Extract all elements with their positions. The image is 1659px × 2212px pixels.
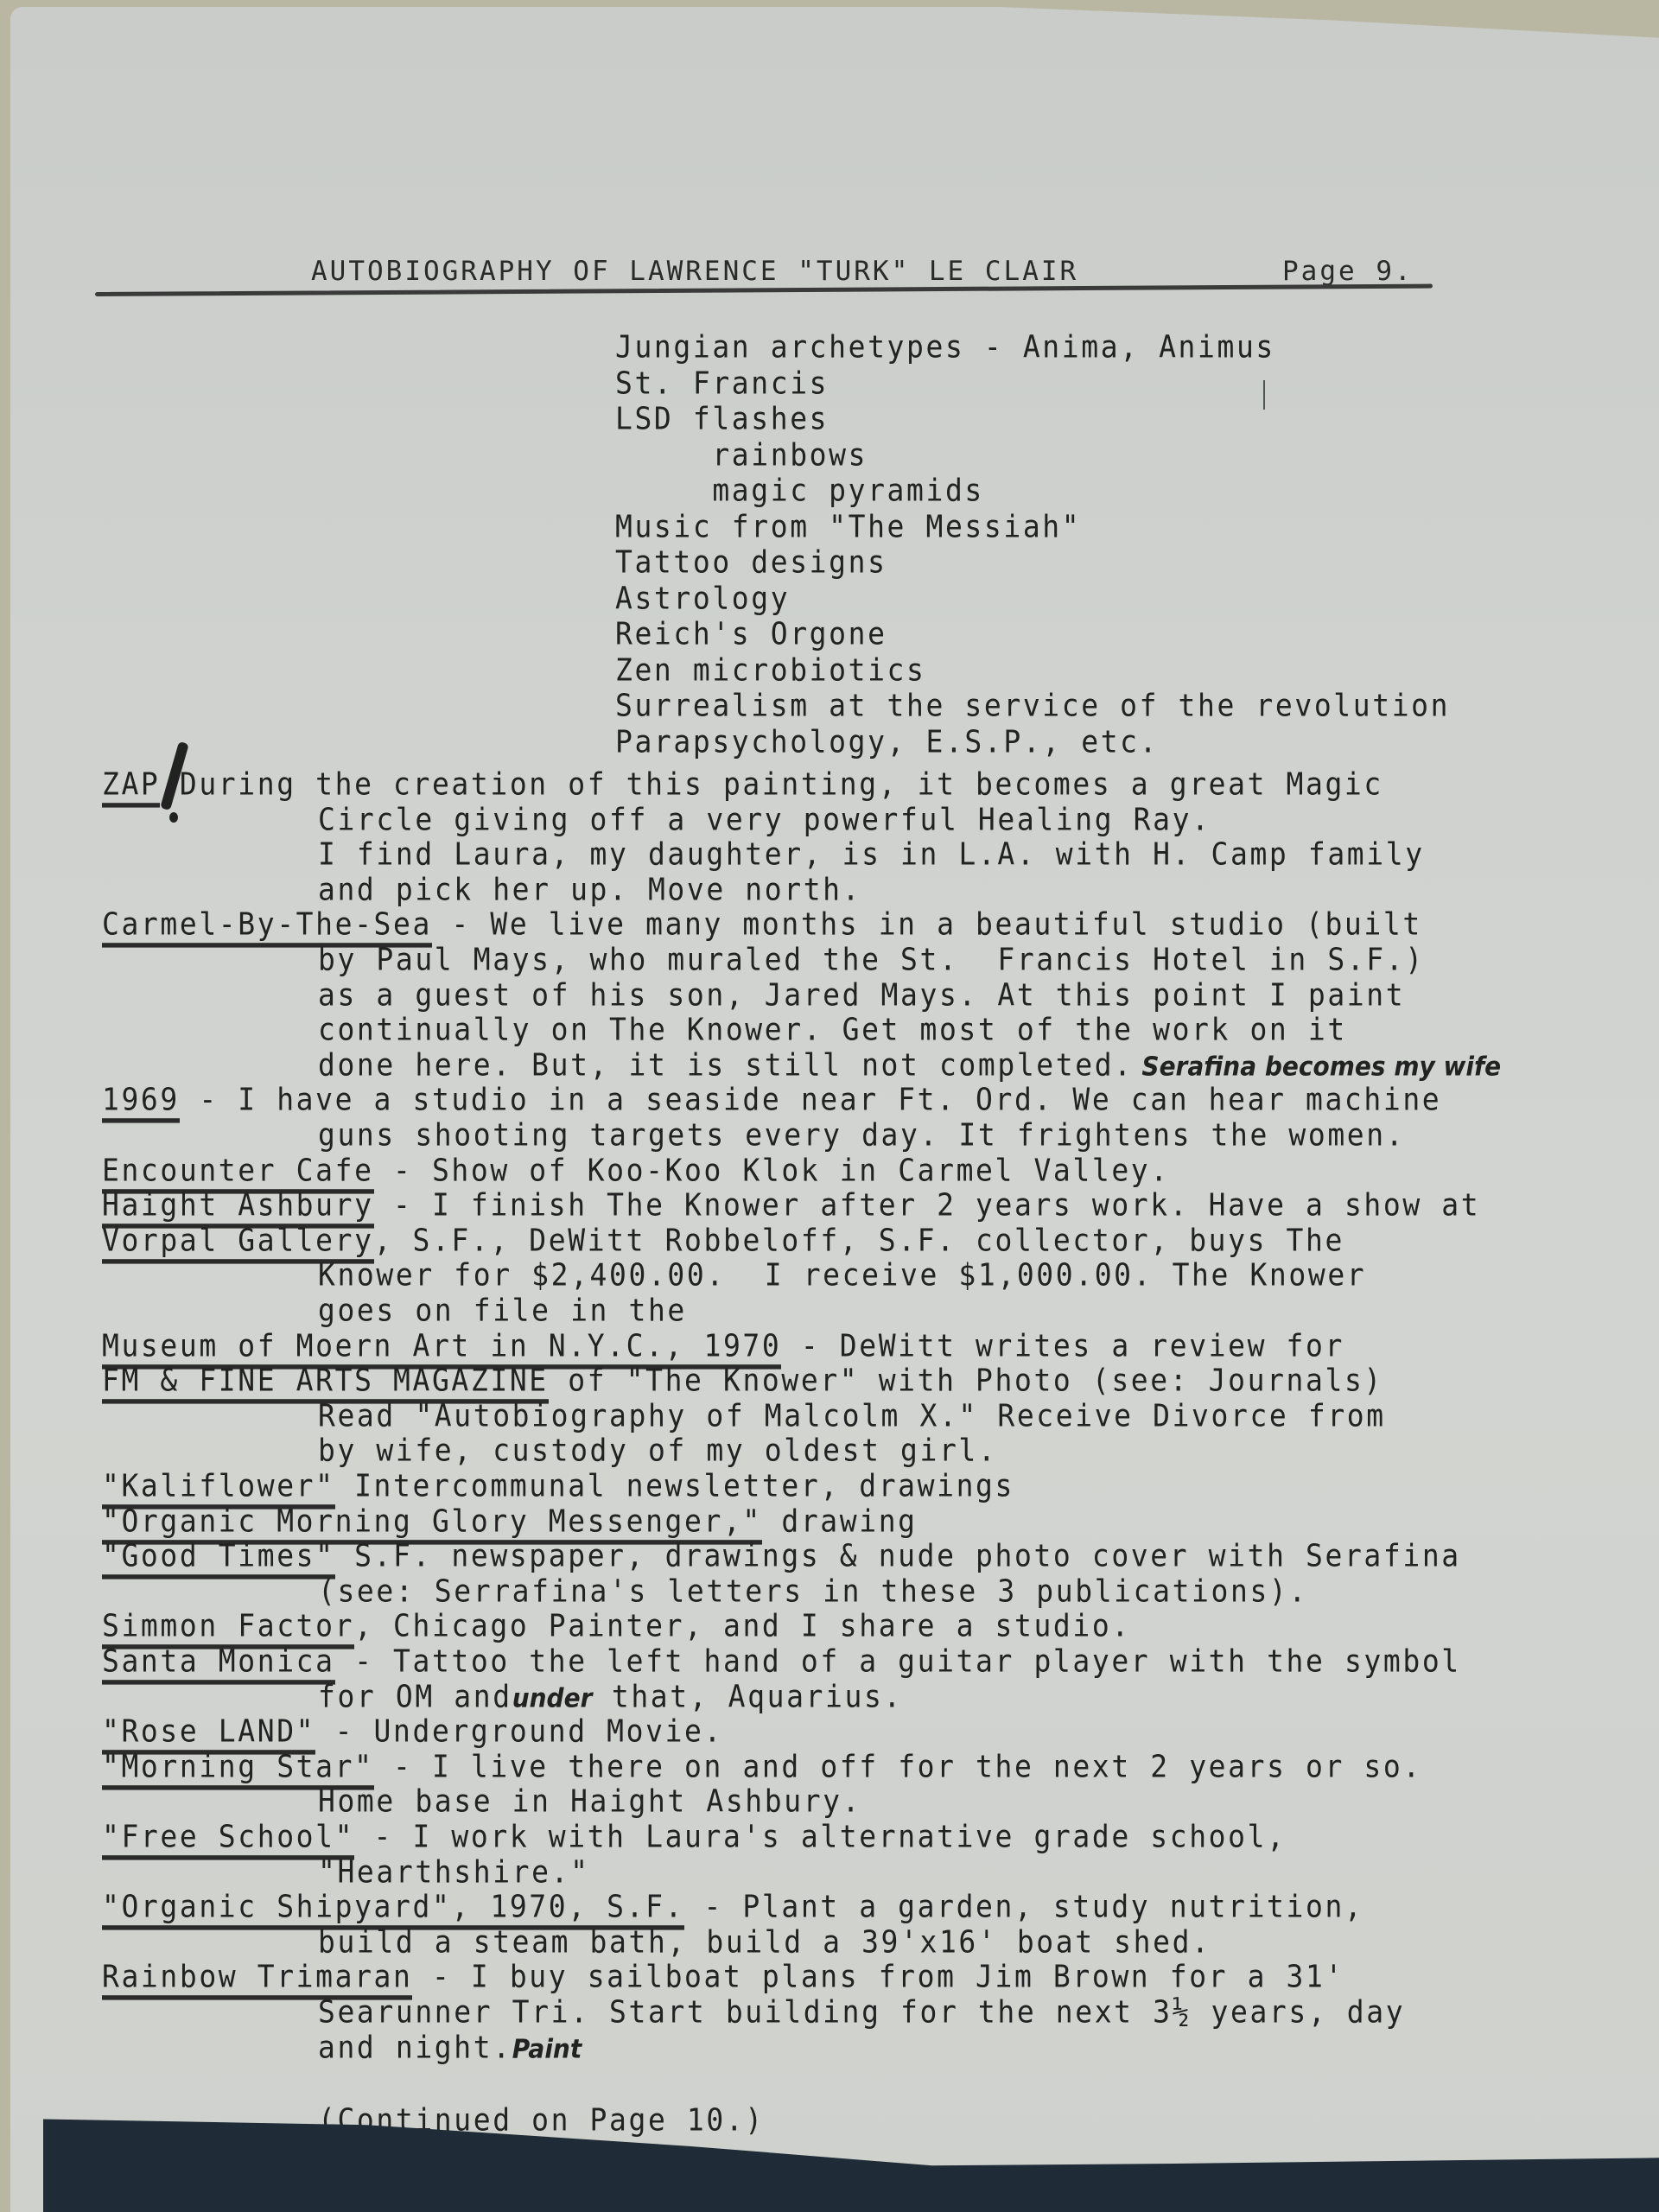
entry-text: - Underground Movie.: [315, 1713, 723, 1749]
topic-item: Reich's Orgone: [615, 615, 887, 652]
entry-text: and pick her up. Move north.: [318, 871, 861, 907]
entry-line: goes on file in the: [318, 1292, 687, 1329]
exclamation-dot-icon: [169, 812, 178, 823]
entry-text: Searunner Tri. Start building for the ne…: [318, 1993, 1405, 2030]
entry-line: Santa Monica - Tattoo the left hand of a…: [102, 1643, 1461, 1680]
entry-line: by Paul Mays, who muraled the St. Franci…: [318, 941, 1425, 978]
entry-line: "Morning Star" - I live there on and off…: [102, 1748, 1422, 1785]
entry-text: I find Laura, my daughter, is in L.A. wi…: [318, 836, 1425, 872]
entry-text: (see: Serrafina's letters in these 3 pub…: [318, 1573, 1308, 1609]
entry-line: "Hearthshire.": [318, 1853, 590, 1891]
entry-text: , S.F., DeWitt Robbeloff, S.F. collector…: [374, 1222, 1344, 1258]
entry-text: by Paul Mays, who muraled the St. Franci…: [318, 941, 1425, 977]
entry-line: "Organic Morning Glory Messenger," drawi…: [102, 1503, 918, 1540]
topic-item: St. Francis: [615, 365, 829, 402]
entry-text: that, Aquarius.: [592, 1678, 902, 1714]
entry-line: "Free School" - I work with Laura's alte…: [102, 1818, 1287, 1855]
entry-line: Museum of Moern Art in N.Y.C., 1970 - De…: [102, 1327, 1344, 1364]
topic-item: rainbows: [615, 436, 868, 474]
entry-text: build a steam bath, build a 39'x16' boat…: [318, 1923, 1211, 1960]
entry-line: Rainbow Trimaran - I buy sailboat plans …: [102, 1958, 1344, 1995]
entry-line: "Rose LAND" - Underground Movie.: [102, 1713, 723, 1750]
entry-line: Circle giving off a very powerful Healin…: [318, 801, 1211, 838]
entry-text: - Plant a garden, study nutrition,: [684, 1888, 1363, 1924]
entry-text: Circle giving off a very powerful Healin…: [318, 801, 1211, 837]
entry-text: as a guest of his son, Jared Mays. At th…: [318, 976, 1405, 1013]
topic-item: magic pyramids: [615, 472, 984, 509]
entry-line: continually on The Knower. Get most of t…: [318, 1011, 1347, 1048]
entry-text: of "The Knower" with Photo (see: Journal…: [549, 1362, 1383, 1398]
entry-text: guns shooting targets every day. It frig…: [318, 1116, 1405, 1153]
entry-line: Searunner Tri. Start building for the ne…: [318, 1993, 1405, 2031]
entry-heading: "Good Times": [102, 1537, 335, 1580]
handwritten-annotation: Paint: [512, 2033, 582, 2064]
entry-line: FM & FINE ARTS MAGAZINE of "The Knower" …: [102, 1362, 1383, 1399]
entry-heading: "Free School": [102, 1818, 354, 1860]
handwritten-annotation: Serafina becomes my wife: [1134, 1051, 1501, 1082]
entry-heading: 1969: [102, 1081, 180, 1123]
entry-text: Knower for $2,400.00. I receive $1,000.0…: [318, 1256, 1366, 1293]
topic-item: Tattoo designs: [615, 543, 887, 581]
entry-line: ZAP During the creation of this painting…: [102, 766, 1383, 803]
entry-line: "Good Times" S.F. newspaper, drawings & …: [102, 1537, 1461, 1574]
entry-line: by wife, custody of my oldest girl.: [318, 1432, 997, 1469]
entry-text: done here. But, it is still not complete…: [318, 1046, 1134, 1083]
document-title: AUTOBIOGRAPHY OF LAWRENCE "TURK" LE CLAI…: [311, 256, 1078, 287]
entry-text: - DeWitt writes a review for: [781, 1327, 1344, 1363]
topic-item: LSD flashes: [615, 400, 829, 437]
entry-text: drawing: [762, 1503, 918, 1539]
entry-text: - I buy sailboat plans from Jim Brown fo…: [412, 1958, 1344, 1994]
entry-line: done here. But, it is still not complete…: [318, 1046, 1501, 1085]
page-number: Page 9.: [1282, 256, 1414, 287]
entry-text: - I finish The Knower after 2 years work…: [374, 1186, 1481, 1223]
topic-item: Parapsychology, E.S.P., etc.: [615, 723, 1159, 760]
topic-item: Music from "The Messiah": [615, 508, 1081, 545]
entry-line: Vorpal Gallery, S.F., DeWitt Robbeloff, …: [102, 1222, 1344, 1259]
entry-line: and pick her up. Move north.: [318, 871, 861, 908]
entry-line: build a steam bath, build a 39'x16' boat…: [318, 1923, 1211, 1961]
topic-item: Zen microbiotics: [615, 652, 925, 689]
entry-text: and night.: [318, 2029, 512, 2065]
topic-item: Astrology: [615, 580, 790, 617]
entry-text: - Show of Koo-Koo Klok in Carmel Valley.: [374, 1152, 1170, 1188]
entry-text: goes on file in the: [318, 1292, 687, 1328]
entry-text: S.F. newspaper, drawings & nude photo co…: [335, 1537, 1461, 1573]
entry-line: Read "Autobiography of Malcolm X." Recei…: [318, 1397, 1386, 1434]
entry-line: and night.Paint: [318, 2029, 582, 2068]
entry-line: guns shooting targets every day. It frig…: [318, 1116, 1405, 1154]
entry-line: 1969 - I have a studio in a seaside near…: [102, 1081, 1441, 1118]
topic-item: Surrealism at the service of the revolut…: [615, 687, 1450, 724]
entry-text: "Hearthshire.": [318, 1853, 590, 1890]
entry-text: by wife, custody of my oldest girl.: [318, 1432, 997, 1468]
entry-text: Intercommunal newsletter, drawings: [335, 1467, 1014, 1503]
handwritten-annotation: under: [512, 1682, 593, 1713]
entry-heading: ZAP: [102, 766, 160, 808]
entry-line: (see: Serrafina's letters in these 3 pub…: [318, 1573, 1308, 1610]
entry-text: During the creation of this painting, it…: [160, 766, 1382, 802]
entry-text: continually on The Knower. Get most of t…: [318, 1011, 1347, 1047]
entry-line: for OM andunder that, Aquarius.: [318, 1678, 903, 1717]
entry-line: Knower for $2,400.00. I receive $1,000.0…: [318, 1256, 1366, 1294]
entry-text: Read "Autobiography of Malcolm X." Recei…: [318, 1397, 1386, 1433]
entry-line: I find Laura, my daughter, is in L.A. wi…: [318, 836, 1425, 873]
entry-line: Carmel-By-The-Sea - We live many months …: [102, 906, 1422, 943]
entry-line: "Kaliflower" Intercommunal newsletter, d…: [102, 1467, 1014, 1504]
entry-text: - I live there on and off for the next 2…: [374, 1748, 1422, 1784]
entry-text: for OM and: [318, 1678, 512, 1714]
entry-line: Encounter Cafe - Show of Koo-Koo Klok in…: [102, 1152, 1170, 1189]
entry-line: Simmon Factor, Chicago Painter, and I sh…: [102, 1607, 1131, 1644]
entry-line: Haight Ashbury - I finish The Knower aft…: [102, 1186, 1480, 1224]
entry-text: - We live many months in a beautiful stu…: [432, 906, 1422, 942]
entry-text: - Tattoo the left hand of a guitar playe…: [335, 1643, 1461, 1679]
stray-pen-mark: [1263, 380, 1265, 410]
entry-text: - I have a studio in a seaside near Ft. …: [180, 1081, 1441, 1117]
entry-text: Home base in Haight Ashbury.: [318, 1783, 861, 1819]
entry-text: , Chicago Painter, and I share a studio.: [354, 1607, 1131, 1643]
entry-line: Home base in Haight Ashbury.: [318, 1783, 861, 1820]
entry-line: as a guest of his son, Jared Mays. At th…: [318, 976, 1405, 1014]
entry-text: - I work with Laura's alternative grade …: [354, 1818, 1286, 1854]
entry-line: "Organic Shipyard", 1970, S.F. - Plant a…: [102, 1888, 1363, 1925]
topic-item: Jungian archetypes - Anima, Animus: [615, 328, 1275, 365]
entry-heading: Santa Monica: [102, 1643, 335, 1685]
